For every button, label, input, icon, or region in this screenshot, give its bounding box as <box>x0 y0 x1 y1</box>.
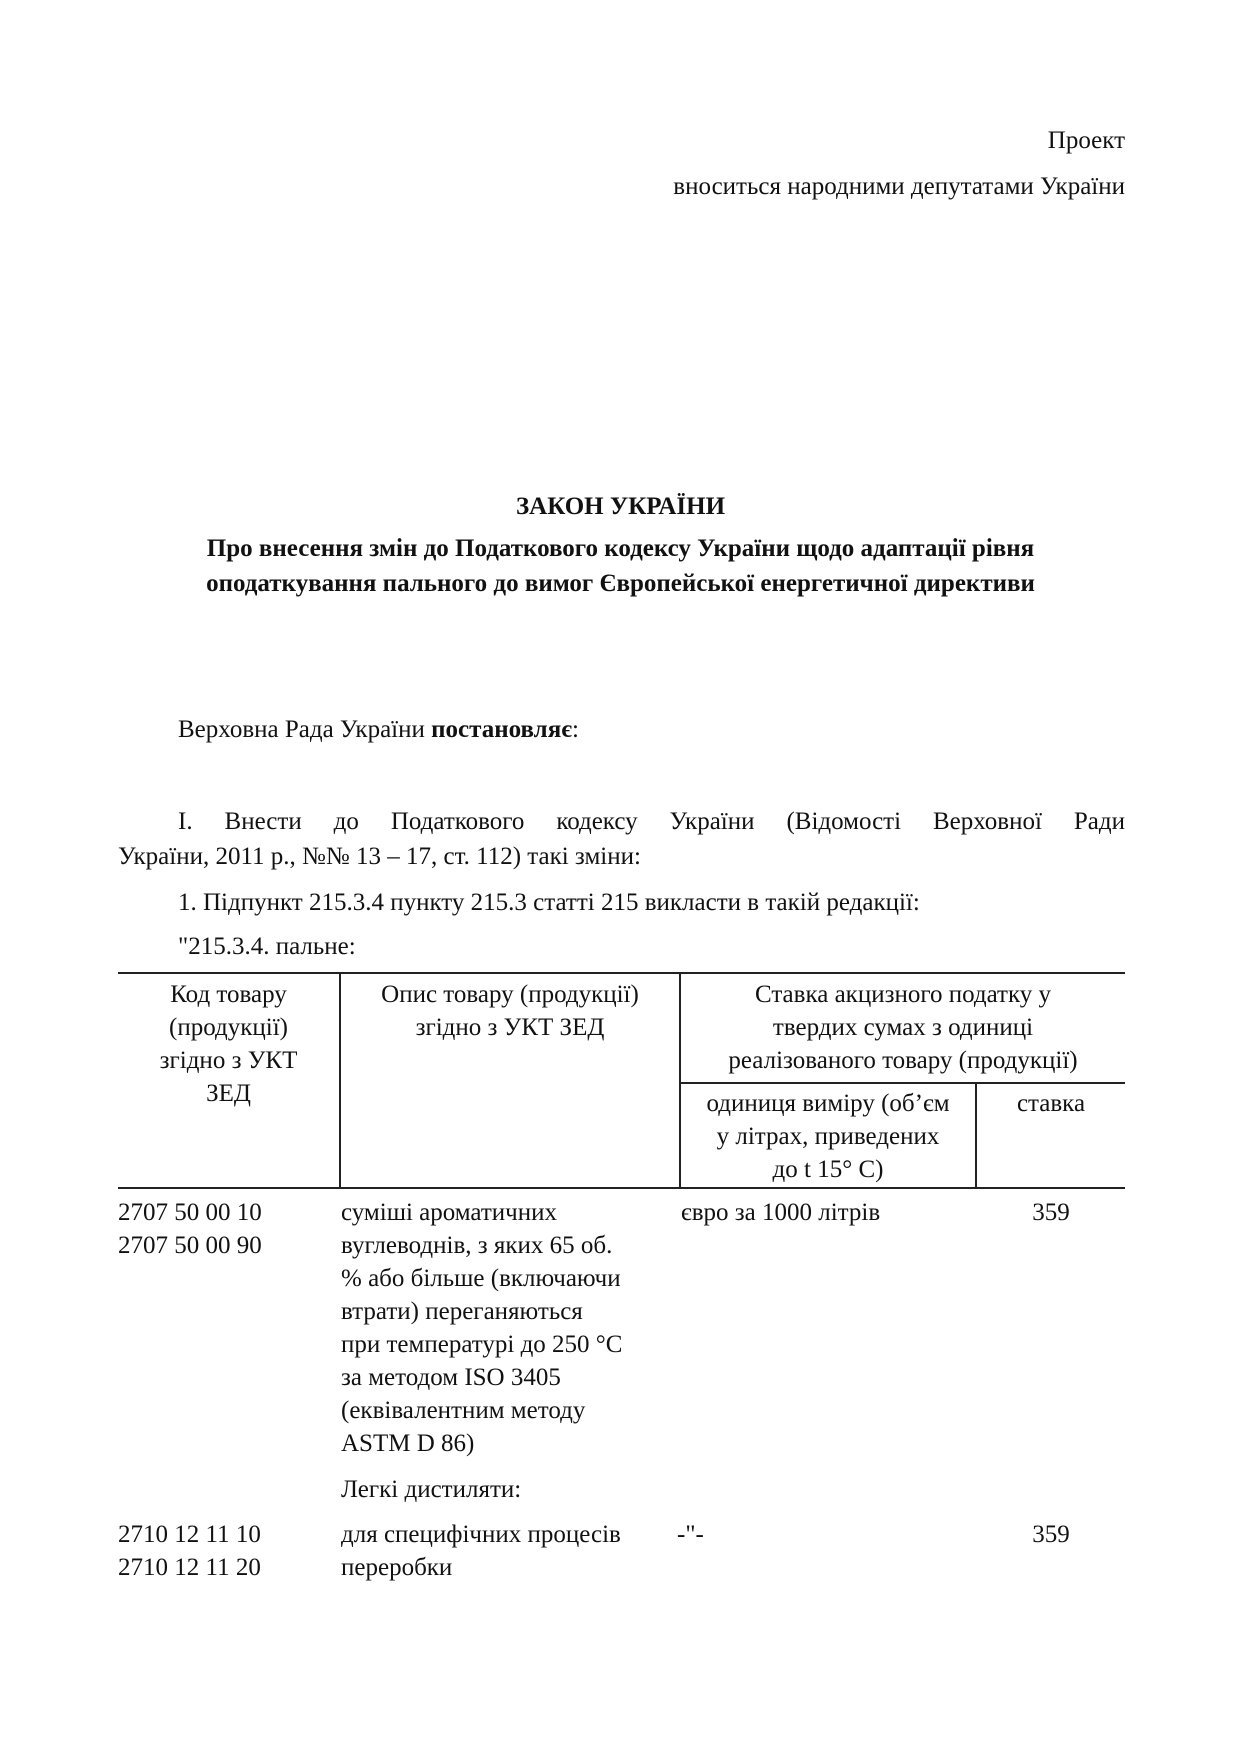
description-line: Легкі дистиляти: <box>341 1473 521 1506</box>
resolves-paragraph: Верховна Рада України постановляє: <box>178 713 579 746</box>
point-1: 1. Підпункт 215.3.4 пункту 215.3 статті … <box>178 886 920 919</box>
draft-label: Проект <box>1048 124 1125 157</box>
code-value: 2707 50 00 90 <box>118 1229 262 1262</box>
description-line: переробки <box>341 1551 621 1584</box>
law-subtitle-line-1: Про внесення змін до Податкового кодексу… <box>0 535 1241 563</box>
article-1-line-2: України, 2011 р., №№ 13 – 17, ст. 112) т… <box>118 840 641 873</box>
header-code-line: Код товару <box>118 978 339 1011</box>
header-unit-line: у літрах, приведених <box>681 1120 975 1153</box>
submitted-by: вноситься народними депутатами України <box>673 170 1125 203</box>
code-value: 2707 50 00 10 <box>118 1196 262 1229</box>
header-description-line: Опис товару (продукції) <box>341 978 679 1011</box>
code-value: 2710 12 11 10 <box>118 1518 261 1551</box>
row-3-unit: -"- <box>677 1518 704 1551</box>
header-code-line: (продукції) <box>118 1011 339 1044</box>
description-line: суміші ароматичних <box>341 1196 622 1229</box>
law-title: ЗАКОН УКРАЇНИ <box>0 493 1241 521</box>
header-rate-group-line: Ставка акцизного податку у <box>681 978 1125 1011</box>
description-line: втрати) переганяються <box>341 1295 622 1328</box>
description-line: ASTM D 86) <box>341 1427 622 1460</box>
row-3-rate: 359 <box>977 1518 1125 1551</box>
header-code-line: ЗЕД <box>118 1077 339 1110</box>
header-code: Код товару (продукції) згідно з УКТ ЗЕД <box>118 978 339 1110</box>
row-2-description: Легкі дистиляти: <box>341 1473 521 1506</box>
resolves-suffix: : <box>572 716 579 743</box>
row-1-description: суміші ароматичних вуглеводнів, з яких 6… <box>341 1196 622 1460</box>
header-rate: ставка <box>977 1087 1125 1120</box>
header-code-line: згідно з УКТ <box>118 1044 339 1077</box>
row-1-rate: 359 <box>977 1196 1125 1229</box>
table-header-bottom-border <box>118 1187 1125 1189</box>
law-subtitle-line-2: оподаткування пального до вимог Європейс… <box>0 570 1241 598</box>
quote-start: "215.3.4. пальне: <box>178 930 356 963</box>
description-line: (еквівалентним методу <box>341 1394 622 1427</box>
row-3-codes: 2710 12 11 10 2710 12 11 20 <box>118 1518 261 1584</box>
code-value: 2710 12 11 20 <box>118 1551 261 1584</box>
table-top-border <box>118 972 1125 974</box>
header-unit: одиниця виміру (об’єм у літрах, приведен… <box>681 1087 975 1186</box>
description-line: для специфічних процесів <box>341 1518 621 1551</box>
header-description: Опис товару (продукції) згідно з УКТ ЗЕД <box>341 978 679 1044</box>
description-line: % або більше (включаючи <box>341 1262 622 1295</box>
resolves-prefix: Верховна Рада України <box>178 716 431 743</box>
table-subheader-border <box>680 1082 1125 1084</box>
description-line: вуглеводнів, з яких 65 об. <box>341 1229 622 1262</box>
row-3-description: для специфічних процесів переробки <box>341 1518 621 1584</box>
row-1-unit: євро за 1000 літрів <box>681 1196 880 1229</box>
header-rate-group-line: реалізованого товару (продукції) <box>681 1044 1125 1077</box>
header-rate-group-line: твердих сумах з одиниці <box>681 1011 1125 1044</box>
article-1-line-1: I. Внести до Податкового кодексу України… <box>178 805 1125 838</box>
header-unit-line: до t 15° С) <box>681 1153 975 1186</box>
header-description-line: згідно з УКТ ЗЕД <box>341 1011 679 1044</box>
description-line: за методом ISO 3405 <box>341 1361 622 1394</box>
resolves-bold: постановляє <box>431 716 572 743</box>
row-1-codes: 2707 50 00 10 2707 50 00 90 <box>118 1196 262 1262</box>
description-line: при температурі до 250 °С <box>341 1328 622 1361</box>
header-rate-group: Ставка акцизного податку у твердих сумах… <box>681 978 1125 1077</box>
header-unit-line: одиниця виміру (об’єм <box>681 1087 975 1120</box>
